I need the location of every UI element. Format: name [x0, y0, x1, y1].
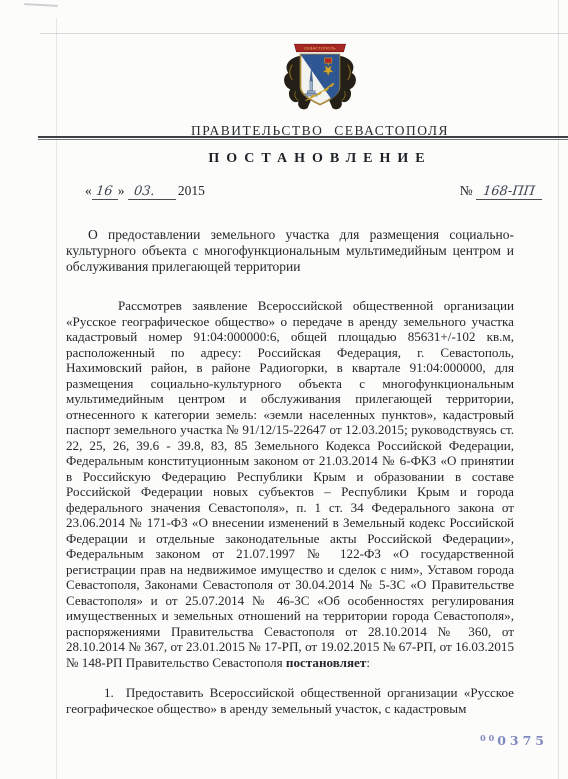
scan-artifact-vertical-line	[56, 18, 57, 779]
item-1-number: 1.	[104, 685, 114, 700]
stamp-leading-zeros: 00	[480, 733, 497, 743]
letterhead-divider	[38, 136, 568, 140]
letterhead: СЕВАСТОПОЛЬ	[72, 42, 568, 139]
doc-title: О предоставлении земельного участка для …	[66, 227, 514, 275]
date-year: 2015	[178, 183, 205, 198]
banner-text: СЕВАСТОПОЛЬ	[304, 46, 336, 50]
doc-number-handwritten: 168-ПП	[482, 184, 535, 199]
page-numbering-stamp: 000375	[480, 733, 548, 748]
date-quote-open: «	[85, 183, 92, 198]
doc-number-label: №	[460, 183, 473, 198]
preamble-paragraph: Рассмотрев заявление Всероссийской общес…	[66, 298, 514, 670]
item-1-paragraph: 1.Предоставить Всероссийской общественно…	[66, 685, 514, 716]
item-1-text: Предоставить Всероссийской общественной …	[66, 685, 514, 716]
doc-date: «16» 03.2015	[85, 183, 205, 200]
date-quote-close: »	[118, 183, 125, 198]
stamp-number: 0375	[497, 733, 548, 748]
doc-number: № 168-ПП	[460, 183, 542, 200]
preamble-colon: :	[366, 655, 370, 670]
doc-number-field: 168-ПП	[476, 183, 542, 200]
preamble-resolves-word: постановляет	[286, 655, 366, 670]
scan-artifact-smudge	[24, 3, 58, 7]
document-page: СЕВАСТОПОЛЬ	[0, 0, 568, 779]
sevastopol-coat-of-arms-icon: СЕВАСТОПОЛЬ	[279, 42, 361, 116]
date-month-field: 03.	[128, 183, 176, 200]
scan-artifact-top-line	[40, 33, 568, 34]
doc-body: Рассмотрев заявление Всероссийской общес…	[66, 298, 514, 716]
date-day-handwritten: 16	[96, 184, 114, 199]
preamble-text: Рассмотрев заявление Всероссийской общес…	[66, 298, 514, 670]
date-day-field: 16	[92, 183, 118, 200]
meta-row: «16» 03.2015 № 168-ПП	[85, 183, 542, 200]
doc-type-heading: ПОСТАНОВЛЕНИЕ	[72, 151, 568, 167]
date-month-handwritten: 03.	[133, 184, 155, 199]
